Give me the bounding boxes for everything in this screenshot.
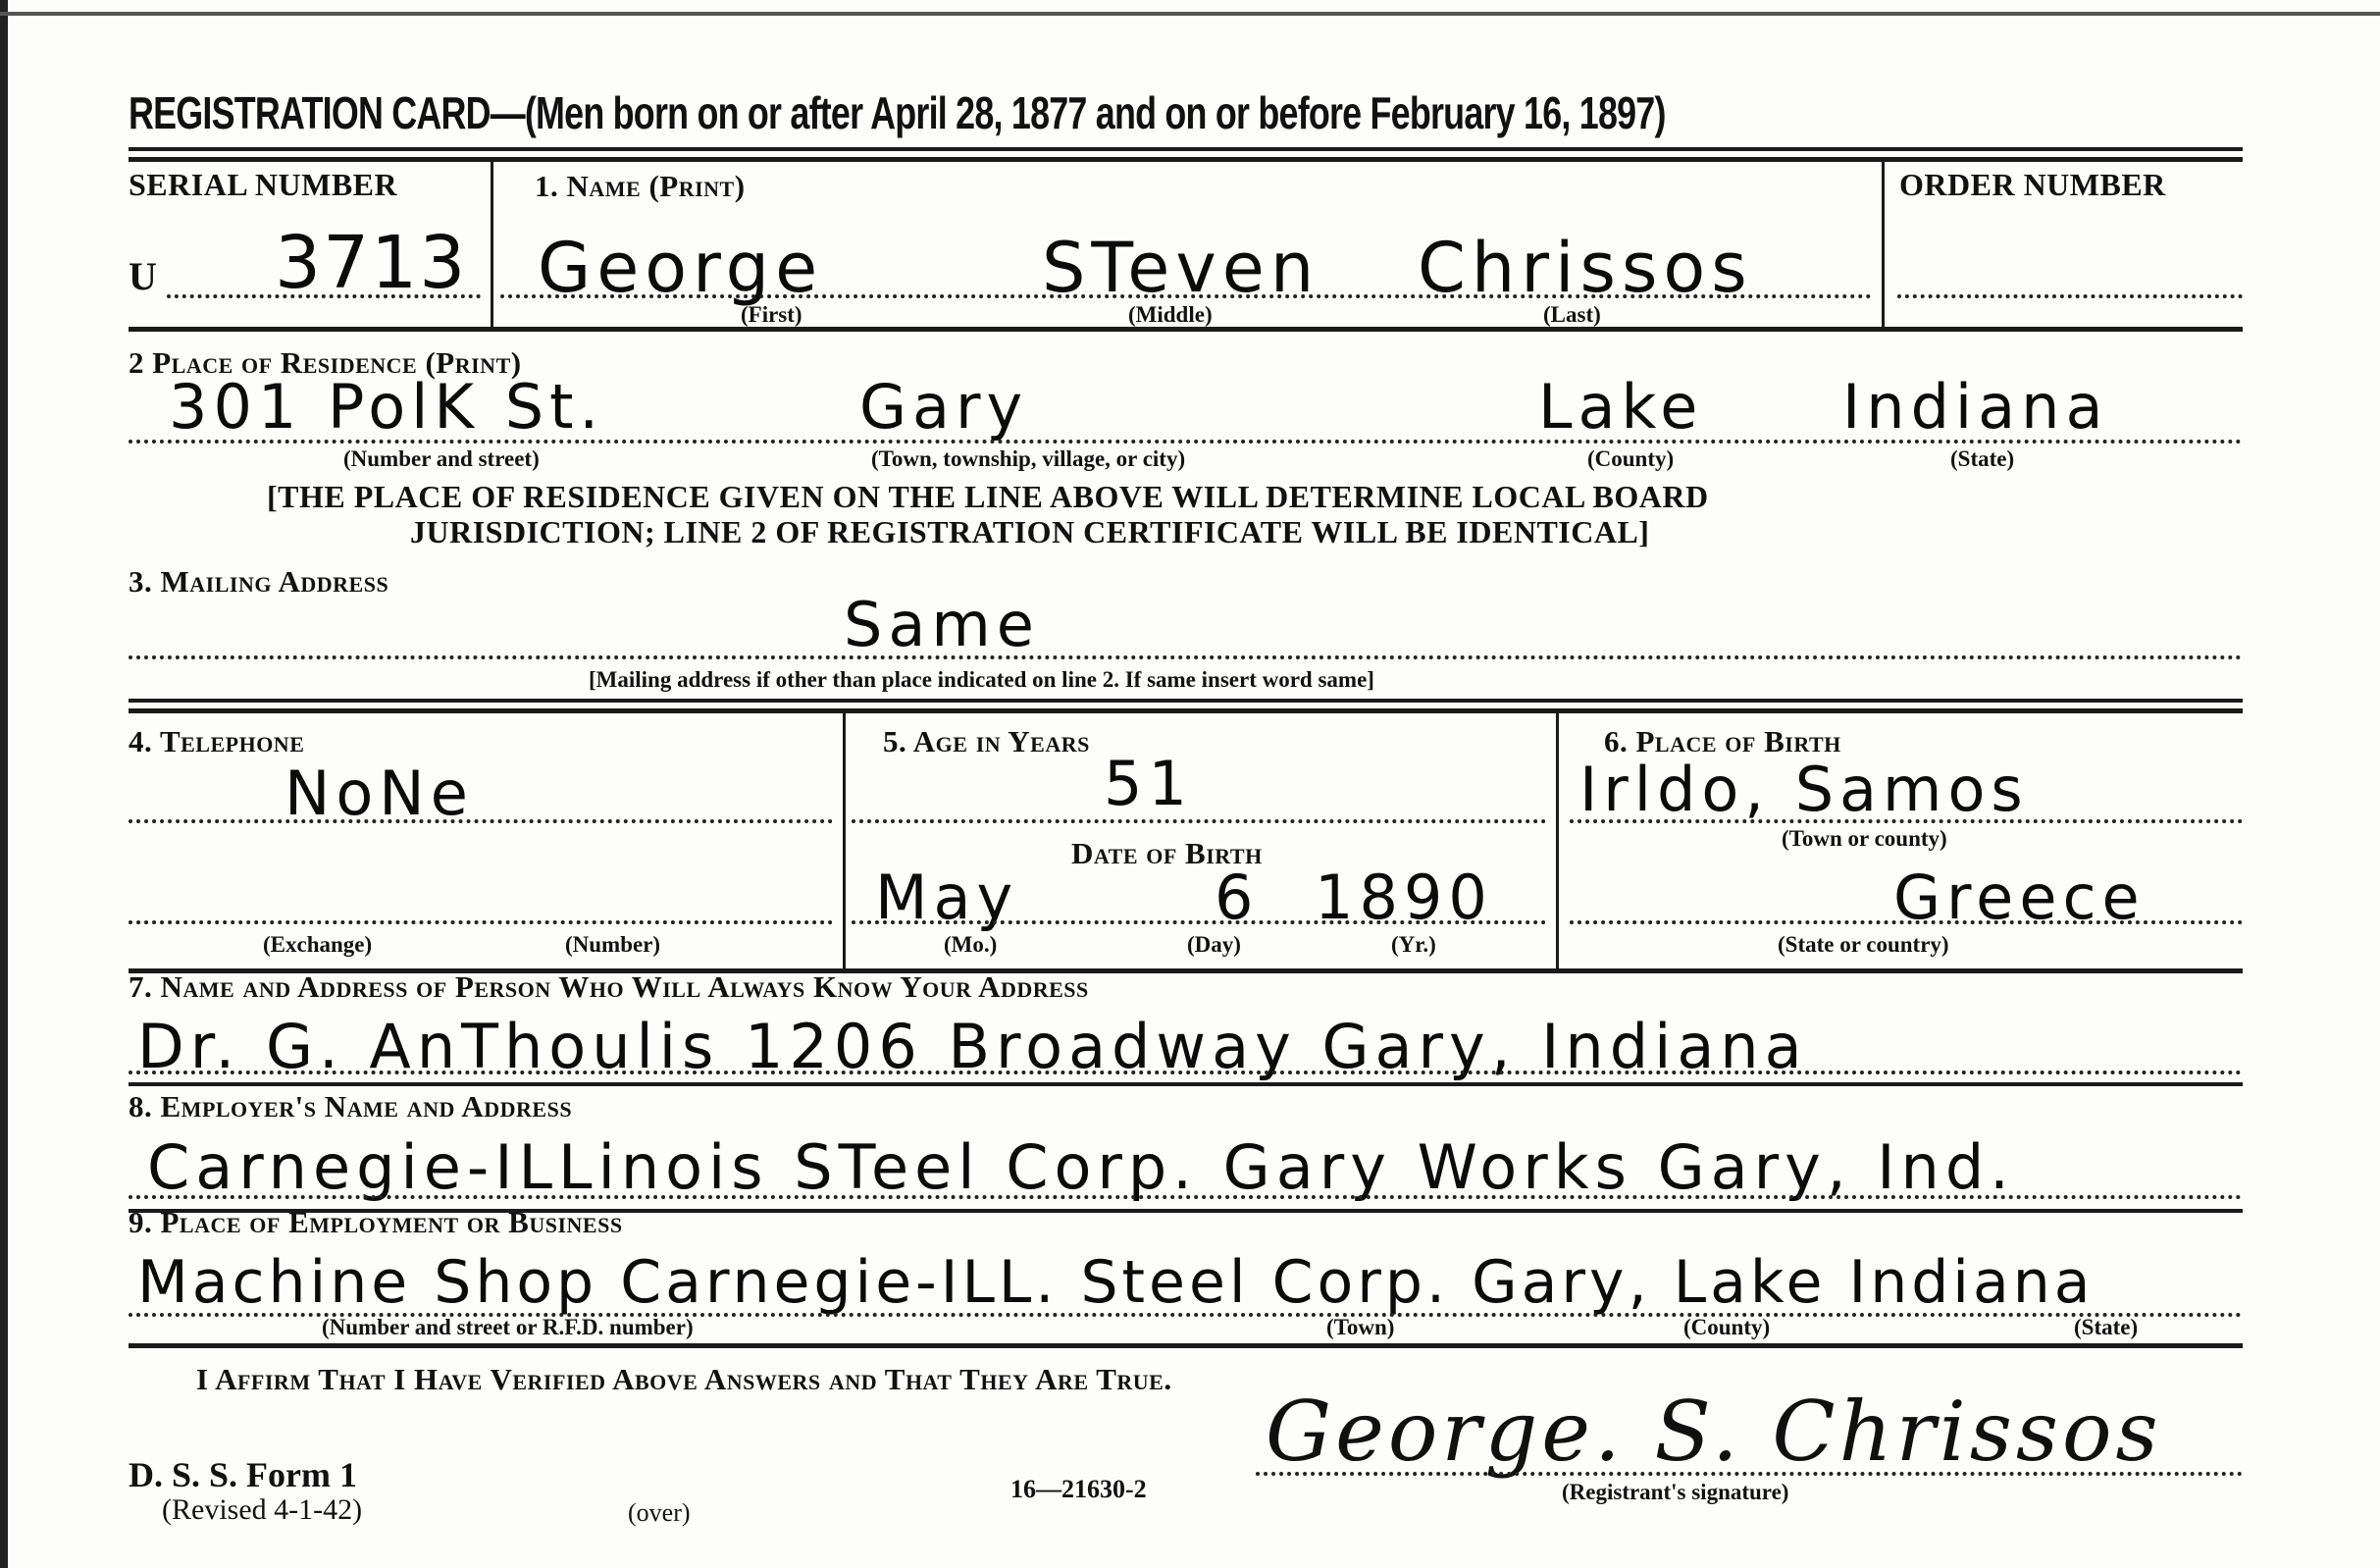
mailing-line [129,655,2243,659]
registrant-signature: George. S. Chrissos [1266,1384,2162,1480]
employment-town-caption: (Town) [1326,1315,1394,1340]
birthplace-country-caption: (State or country) [1778,932,1949,958]
registration-card: REGISTRATION CARD—(Men born on or after … [0,0,2380,1568]
order-number-label: ORDER NUMBER [1899,167,2166,203]
section-rule-1 [129,327,2243,332]
section-rule-4 [129,1082,2243,1086]
serial-line [167,294,481,298]
form-number: D. S. S. Form 1 [129,1454,357,1495]
age-label: 5. Age in Years [883,724,1090,759]
residence-street-caption: (Number and street) [343,446,540,472]
employer-label: 8. Employer's Name and Address [129,1089,572,1124]
employment-place-label: 9. Place of Employment or Business [129,1205,623,1240]
telephone-divider [843,713,846,968]
mailing-value: Same [844,589,1040,660]
name-line [500,294,1872,298]
section-rule-2a [129,699,2243,703]
name-middle-caption: (Middle) [1128,302,1213,328]
employment-state-caption: (State) [2074,1315,2138,1340]
birthplace-town-caption: (Town or county) [1782,826,1947,852]
dob-year-caption: (Yr.) [1391,932,1436,958]
card-edge-top [0,12,2380,16]
order-divider [1882,162,1885,329]
signature-line [1256,1472,2243,1476]
birthplace-divider [1556,713,1559,968]
title-rule-top [129,147,2243,151]
name-first-caption: (First) [741,302,802,328]
telephone-line [129,819,833,823]
residence-county: Lake [1538,371,1703,443]
card-title: REGISTRATION CARD—(Men born on or after … [129,86,1666,139]
form-over: (over) [628,1498,691,1528]
residence-notice-line1: [THE PLACE OF RESIDENCE GIVEN ON THE LIN… [267,479,1709,515]
signature-caption: (Registrant's signature) [1562,1480,1788,1505]
affirmation-text: I Affirm That I Have Verified Above Answ… [196,1362,1172,1397]
employer-line [129,1195,2243,1199]
card-edge [0,0,8,1568]
serial-number-label: SERIAL NUMBER [129,167,397,203]
serial-divider [491,162,493,329]
section-rule-2b [129,708,2243,713]
title-rule-bottom [129,157,2243,162]
dob-day-caption: (Day) [1187,932,1241,958]
telephone-exchange-caption: (Exchange) [263,932,372,958]
residence-line [129,440,2243,444]
employment-street-caption: (Number and street or R.F.D. number) [322,1315,694,1340]
section-rule-6 [129,1343,2243,1348]
mailing-label: 3. Mailing Address [129,564,388,600]
contact-person-label: 7. Name and Address of Person Who Will A… [129,969,1089,1005]
telephone-line-2 [129,920,833,924]
dob-month-caption: (Mo.) [944,932,997,958]
order-number-line [1897,294,2243,298]
form-revised: (Revised 4-1-42) [162,1493,362,1527]
mailing-caption: [Mailing address if other than place ind… [589,667,1374,693]
residence-notice-line2: JURISDICTION; LINE 2 OF REGISTRATION CER… [410,514,1649,550]
age-value: 51 [1104,748,1193,819]
residence-state-caption: (State) [1950,446,2014,472]
contact-person-line [129,1071,2243,1074]
birthplace-town: Irldo, Samos [1579,754,2029,825]
telephone-number-caption: (Number) [565,932,660,958]
birthplace-town-line [1570,819,2243,823]
dob-line [852,920,1546,924]
residence-town: Gary [859,371,1028,443]
name-last-caption: (Last) [1543,302,1601,328]
print-code: 16—21630-2 [1010,1475,1147,1504]
name-label: 1. Name (Print) [535,169,746,204]
age-line [852,819,1546,823]
telephone-label: 4. Telephone [129,724,304,759]
serial-number-value: 3713 [275,221,467,305]
serial-prefix: U [129,253,157,299]
employment-county-caption: (County) [1683,1315,1770,1340]
residence-street: 301 PolK St. [169,371,604,443]
employment-place-value: Machine Shop Carnegie-ILL. Steel Corp. G… [137,1248,2095,1317]
residence-town-caption: (Town, township, village, or city) [871,446,1185,472]
employer-value: Carnegie-ILLinois STeel Corp. Gary Works… [147,1131,2015,1203]
birthplace-country-line [1570,920,2243,924]
residence-state: Indiana [1842,371,2108,443]
residence-county-caption: (County) [1587,446,1674,472]
